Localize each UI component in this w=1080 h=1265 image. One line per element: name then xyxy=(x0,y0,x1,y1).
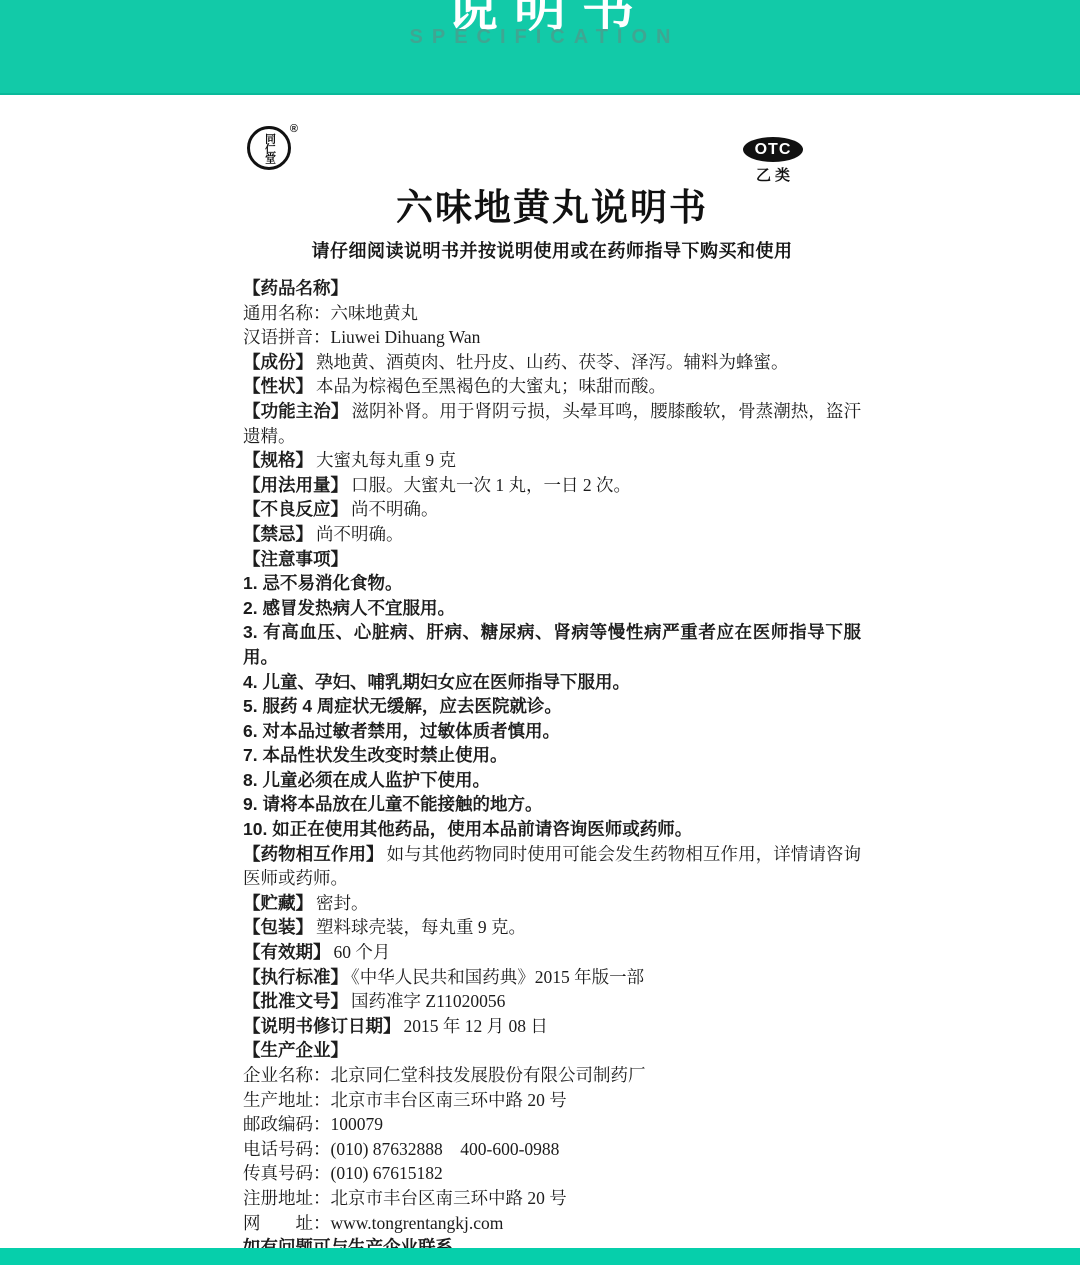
spec-text: 企业名称：北京同仁堂科技发展股份有限公司制药厂 xyxy=(243,1065,646,1085)
spec-line: 【注意事项】 xyxy=(243,547,861,572)
spec-text: 密封。 xyxy=(316,893,369,913)
spec-text: 10. 如正在使用其他药品，使用本品前请咨询医师或药师。 xyxy=(243,819,692,839)
section-label: 【有效期】 xyxy=(243,942,331,962)
spec-text: 熟地黄、酒萸肉、牡丹皮、山药、茯苓、泽泻。辅料为蜂蜜。 xyxy=(316,352,789,372)
spec-line: 【不良反应】尚不明确。 xyxy=(243,497,861,522)
spec-line: 【有效期】60 个月 xyxy=(243,940,861,965)
spec-line: 【禁忌】尚不明确。 xyxy=(243,522,861,547)
otc-class-label: 乙类 xyxy=(743,164,803,185)
spec-line: 10. 如正在使用其他药品，使用本品前请咨询医师或药师。 xyxy=(243,817,861,842)
spec-line: 【药物相互作用】如与其他药物同时使用可能会发生药物相互作用，详情请咨询医师或药师… xyxy=(243,842,861,891)
spec-line: 注册地址：北京市丰台区南三环中路 20 号 xyxy=(243,1186,861,1211)
spec-line: 【成份】熟地黄、酒萸肉、牡丹皮、山药、茯苓、泽泻。辅料为蜂蜜。 xyxy=(243,350,861,375)
spec-line: 传真号码：(010) 67615182 xyxy=(243,1161,861,1186)
spec-text: 6. 对本品过敏者禁用，过敏体质者慎用。 xyxy=(243,721,560,741)
section-label: 【生产企业】 xyxy=(243,1040,348,1060)
spec-line: 5. 服药 4 周症状无缓解，应去医院就诊。 xyxy=(243,694,861,719)
spec-text: 9. 请将本品放在儿童不能接触的地方。 xyxy=(243,794,542,814)
spec-text: 尚不明确。 xyxy=(351,499,439,519)
spec-text: 通用名称：六味地黄丸 xyxy=(243,303,418,323)
section-label: 【执行标准】 xyxy=(243,967,348,987)
registered-trademark-icon: ® xyxy=(290,123,298,135)
section-label: 【规格】 xyxy=(243,450,313,470)
spec-text: 60 个月 xyxy=(334,942,391,962)
spec-line: 【功能主治】滋阴补肾。用于肾阴亏损，头晕耳鸣，腰膝酸软，骨蒸潮热，盗汗遗精。 xyxy=(243,399,861,448)
otc-badge: OTC 乙类 xyxy=(743,137,803,185)
spec-line: 1. 忌不易消化食物。 xyxy=(243,571,861,596)
section-label: 【批准文号】 xyxy=(243,991,348,1011)
spec-text: 大蜜丸每丸重 9 克 xyxy=(316,450,456,470)
spec-line: 【贮藏】密封。 xyxy=(243,891,861,916)
section-label: 【性状】 xyxy=(243,376,313,396)
spec-text: 2015 年 12 月 08 日 xyxy=(404,1016,548,1036)
spec-text: 生产地址：北京市丰台区南三环中路 20 号 xyxy=(243,1090,567,1110)
tongrentang-logo-text: 同仁堂 xyxy=(264,133,275,163)
spec-text: 2. 感冒发热病人不宜服用。 xyxy=(243,598,455,618)
spec-line: 通用名称：六味地黄丸 xyxy=(243,301,861,326)
spec-line: 【包装】塑料球壳装，每丸重 9 克。 xyxy=(243,915,861,940)
section-label: 【功能主治】 xyxy=(243,401,348,421)
spec-line: 电话号码：(010) 87632888 400-600-0988 xyxy=(243,1137,861,1162)
spec-line: 2. 感冒发热病人不宜服用。 xyxy=(243,596,861,621)
spec-line: 【生产企业】 xyxy=(243,1038,861,1063)
footer-bar xyxy=(0,1248,1080,1265)
spec-line: 【批准文号】国药准字 Z11020056 xyxy=(243,989,861,1014)
spec-line: 3. 有高血压、心脏病、肝病、糖尿病、肾病等慢性病严重者应在医师指导下服用。 xyxy=(243,620,861,669)
section-label: 【不良反应】 xyxy=(243,499,348,519)
spec-line: 8. 儿童必须在成人监护下使用。 xyxy=(243,768,861,793)
spec-text: 5. 服药 4 周症状无缓解，应去医院就诊。 xyxy=(243,696,562,716)
section-label: 【注意事项】 xyxy=(243,549,348,569)
section-label: 【包装】 xyxy=(243,917,313,937)
tongrentang-logo-icon: 同仁堂 ® xyxy=(247,126,291,170)
spec-text: 7. 本品性状发生改变时禁止使用。 xyxy=(243,745,507,765)
section-label: 【禁忌】 xyxy=(243,524,313,544)
header-banner: 说明书 SPECIFICATION xyxy=(0,0,1080,95)
spec-text: 电话号码：(010) 87632888 400-600-0988 xyxy=(243,1139,559,1159)
section-label: 【贮藏】 xyxy=(243,893,313,913)
spec-text: 1. 忌不易消化食物。 xyxy=(243,573,402,593)
document-body: 【药品名称】通用名称：六味地黄丸汉语拼音：Liuwei Dihuang Wan【… xyxy=(243,276,861,1260)
spec-line: 【规格】大蜜丸每丸重 9 克 xyxy=(243,448,861,473)
spec-text: 本品为棕褐色至黑褐色的大蜜丸；味甜而酸。 xyxy=(316,376,666,396)
page-title: 六味地黄丸说明书 xyxy=(243,188,861,228)
section-label: 【用法用量】 xyxy=(243,475,348,495)
spec-line: 【执行标准】《中华人民共和国药典》2015 年版一部 xyxy=(243,965,861,990)
spec-text: 尚不明确。 xyxy=(316,524,404,544)
spec-text: 网 址：www.tongrentangkj.com xyxy=(243,1213,503,1233)
spec-line: 【性状】本品为棕褐色至黑褐色的大蜜丸；味甜而酸。 xyxy=(243,374,861,399)
brand-row: 同仁堂 ® OTC 乙类 xyxy=(243,95,861,188)
spec-text: 口服。大蜜丸一次 1 丸，一日 2 次。 xyxy=(351,475,631,495)
spec-text: 8. 儿童必须在成人监护下使用。 xyxy=(243,770,490,790)
spec-text: 塑料球壳装，每丸重 9 克。 xyxy=(316,917,526,937)
section-label: 【药物相互作用】 xyxy=(243,844,384,864)
spec-line: 【用法用量】口服。大蜜丸一次 1 丸，一日 2 次。 xyxy=(243,473,861,498)
section-label: 【成份】 xyxy=(243,352,313,372)
spec-line: 邮政编码：100079 xyxy=(243,1112,861,1137)
spec-text: 4. 儿童、孕妇、哺乳期妇女应在医师指导下服用。 xyxy=(243,672,630,692)
spec-text: 注册地址：北京市丰台区南三环中路 20 号 xyxy=(243,1188,567,1208)
otc-oval-icon: OTC xyxy=(743,137,803,162)
spec-line: 企业名称：北京同仁堂科技发展股份有限公司制药厂 xyxy=(243,1063,861,1088)
banner-title-en: SPECIFICATION xyxy=(0,26,1080,49)
spec-text: 《中华人民共和国药典》2015 年版一部 xyxy=(351,967,644,987)
spec-line: 生产地址：北京市丰台区南三环中路 20 号 xyxy=(243,1088,861,1113)
spec-line: 【说明书修订日期】2015 年 12 月 08 日 xyxy=(243,1014,861,1039)
spec-text: 汉语拼音：Liuwei Dihuang Wan xyxy=(243,327,480,347)
spec-line: 6. 对本品过敏者禁用，过敏体质者慎用。 xyxy=(243,719,861,744)
spec-line: 【药品名称】 xyxy=(243,276,861,301)
spec-text: 邮政编码：100079 xyxy=(243,1114,383,1134)
spec-text: 3. 有高血压、心脏病、肝病、糖尿病、肾病等慢性病严重者应在医师指导下服用。 xyxy=(243,622,861,667)
spec-text: 传真号码：(010) 67615182 xyxy=(243,1163,443,1183)
section-label: 【说明书修订日期】 xyxy=(243,1016,401,1036)
spec-text: 国药准字 Z11020056 xyxy=(351,991,505,1011)
spec-line: 7. 本品性状发生改变时禁止使用。 xyxy=(243,743,861,768)
spec-line: 网 址：www.tongrentangkj.com xyxy=(243,1211,861,1236)
spec-line: 9. 请将本品放在儿童不能接触的地方。 xyxy=(243,792,861,817)
page-subtitle: 请仔细阅读说明书并按说明使用或在药师指导下购买和使用 xyxy=(243,237,861,263)
spec-line: 汉语拼音：Liuwei Dihuang Wan xyxy=(243,325,861,350)
spec-line: 4. 儿童、孕妇、哺乳期妇女应在医师指导下服用。 xyxy=(243,670,861,695)
specification-sheet: 同仁堂 ® OTC 乙类 六味地黄丸说明书 请仔细阅读说明书并按说明使用或在药师… xyxy=(243,95,861,1260)
section-label: 【药品名称】 xyxy=(243,278,348,298)
